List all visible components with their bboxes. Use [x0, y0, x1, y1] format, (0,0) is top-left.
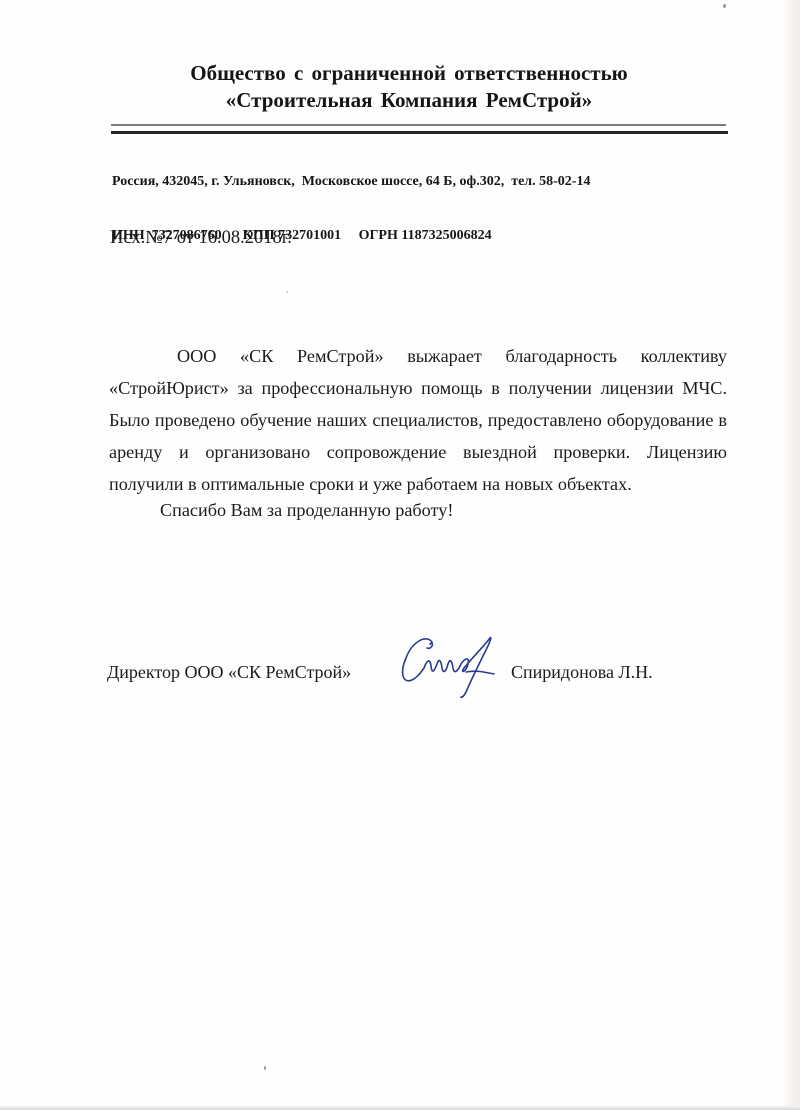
outgoing-reference: Исх.№7 от 16.08.2018г. [110, 228, 292, 249]
scan-edge-shadow [782, 0, 800, 1110]
scan-bottom-edge [0, 1106, 800, 1110]
letterhead: Общество с ограниченной ответственностью… [0, 60, 800, 114]
signatory-name: Спиридонова Л.Н. [511, 662, 653, 683]
letter-page: Общество с ограниченной ответственностью… [0, 0, 800, 1110]
company-name: «Строительная Компания РемСтрой» [18, 87, 800, 114]
signatory-position: Директор ООО «СК РемСтрой» [107, 662, 351, 683]
company-address: Россия, 432045, г. Ульяновск, Московское… [112, 173, 590, 191]
scan-speck [286, 291, 288, 293]
body-paragraph: ООО «СК РемСтрой» выжарает благодарность… [109, 340, 727, 500]
header-rule-thin [111, 124, 726, 126]
scan-speck [264, 1066, 266, 1070]
thanks-line: Спасибо Вам за проделанную работу! [160, 500, 453, 521]
letter-body: ООО «СК РемСтрой» выжарает благодарность… [109, 340, 727, 500]
handwritten-signature-icon [394, 628, 504, 708]
company-requisites: Россия, 432045, г. Ульяновск, Московское… [112, 137, 590, 281]
scan-speck [723, 4, 726, 8]
header-rule-thick [111, 131, 728, 134]
company-legal-form: Общество с ограниченной ответственностью [18, 60, 800, 87]
